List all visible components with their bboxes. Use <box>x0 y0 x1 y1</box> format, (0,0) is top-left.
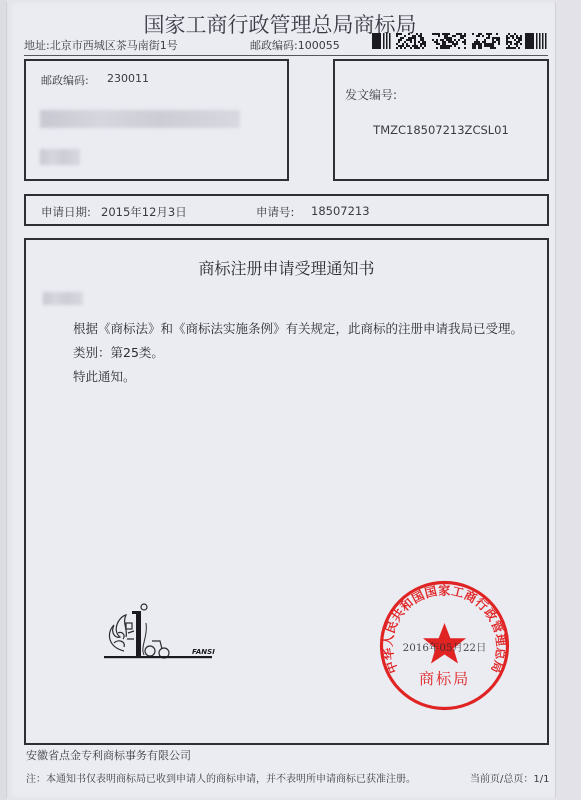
document-number-value: TMZC18507213ZCSL01 <box>335 123 547 137</box>
notice-salutation-redacted <box>43 292 83 305</box>
notice-category: 类别：第25类。 <box>73 343 164 361</box>
recipient-box: 邮政编码: 230011 <box>24 59 289 181</box>
document-number-label: 发文编号: <box>345 86 397 103</box>
office-address: 地址:北京市西城区茶马南街1号 <box>24 37 178 53</box>
application-date-label: 申请日期: <box>41 204 91 220</box>
recipient-name-redacted <box>40 149 80 165</box>
footer-note: 注：本通知书仅表明商标局已收到申请人的商标申请，并不表明所申请商标已获准注册。 <box>26 770 416 785</box>
official-seal-icon: 中华人民共和国国家工商行政管理总局 2016年05月22日 商标局 <box>377 578 512 713</box>
notice-closing: 特此通知。 <box>73 367 136 385</box>
recipient-address-redacted <box>40 110 240 128</box>
notice-title: 商标注册申请受理通知书 <box>26 256 547 279</box>
application-info-box: 申请日期: 2015年12月3日 申请号: 18507213 <box>24 194 549 226</box>
recipient-postcode-label: 邮政编码: <box>41 72 89 88</box>
document-number-box: 发文编号: TMZC18507213ZCSL01 <box>333 59 549 181</box>
footer-agency: 安徽省点金专利商标事务有限公司 <box>26 747 191 763</box>
notice-paragraph: 根据《商标法》和《商标法实施条例》有关规定，此商标的注册申请我局已受理。 <box>73 319 523 337</box>
barcode-icon <box>372 33 552 49</box>
trademark-logo-icon: FANSI <box>96 603 216 663</box>
scan-edge-right <box>556 0 581 800</box>
seal-date: 2016年05月22日 <box>403 641 487 654</box>
office-postcode: 邮政编码:100055 <box>250 37 340 53</box>
footer-page-info: 当前页/总页：1/1 <box>470 770 549 785</box>
recipient-postcode-value: 230011 <box>107 72 149 85</box>
application-number-value: 18507213 <box>311 204 370 218</box>
header-divider <box>24 55 548 56</box>
application-date-value: 2015年12月3日 <box>101 204 187 220</box>
svg-text:FANSI: FANSI <box>192 648 215 656</box>
seal-center-text: 商标局 <box>419 670 470 688</box>
application-number-label: 申请号: <box>256 204 294 220</box>
